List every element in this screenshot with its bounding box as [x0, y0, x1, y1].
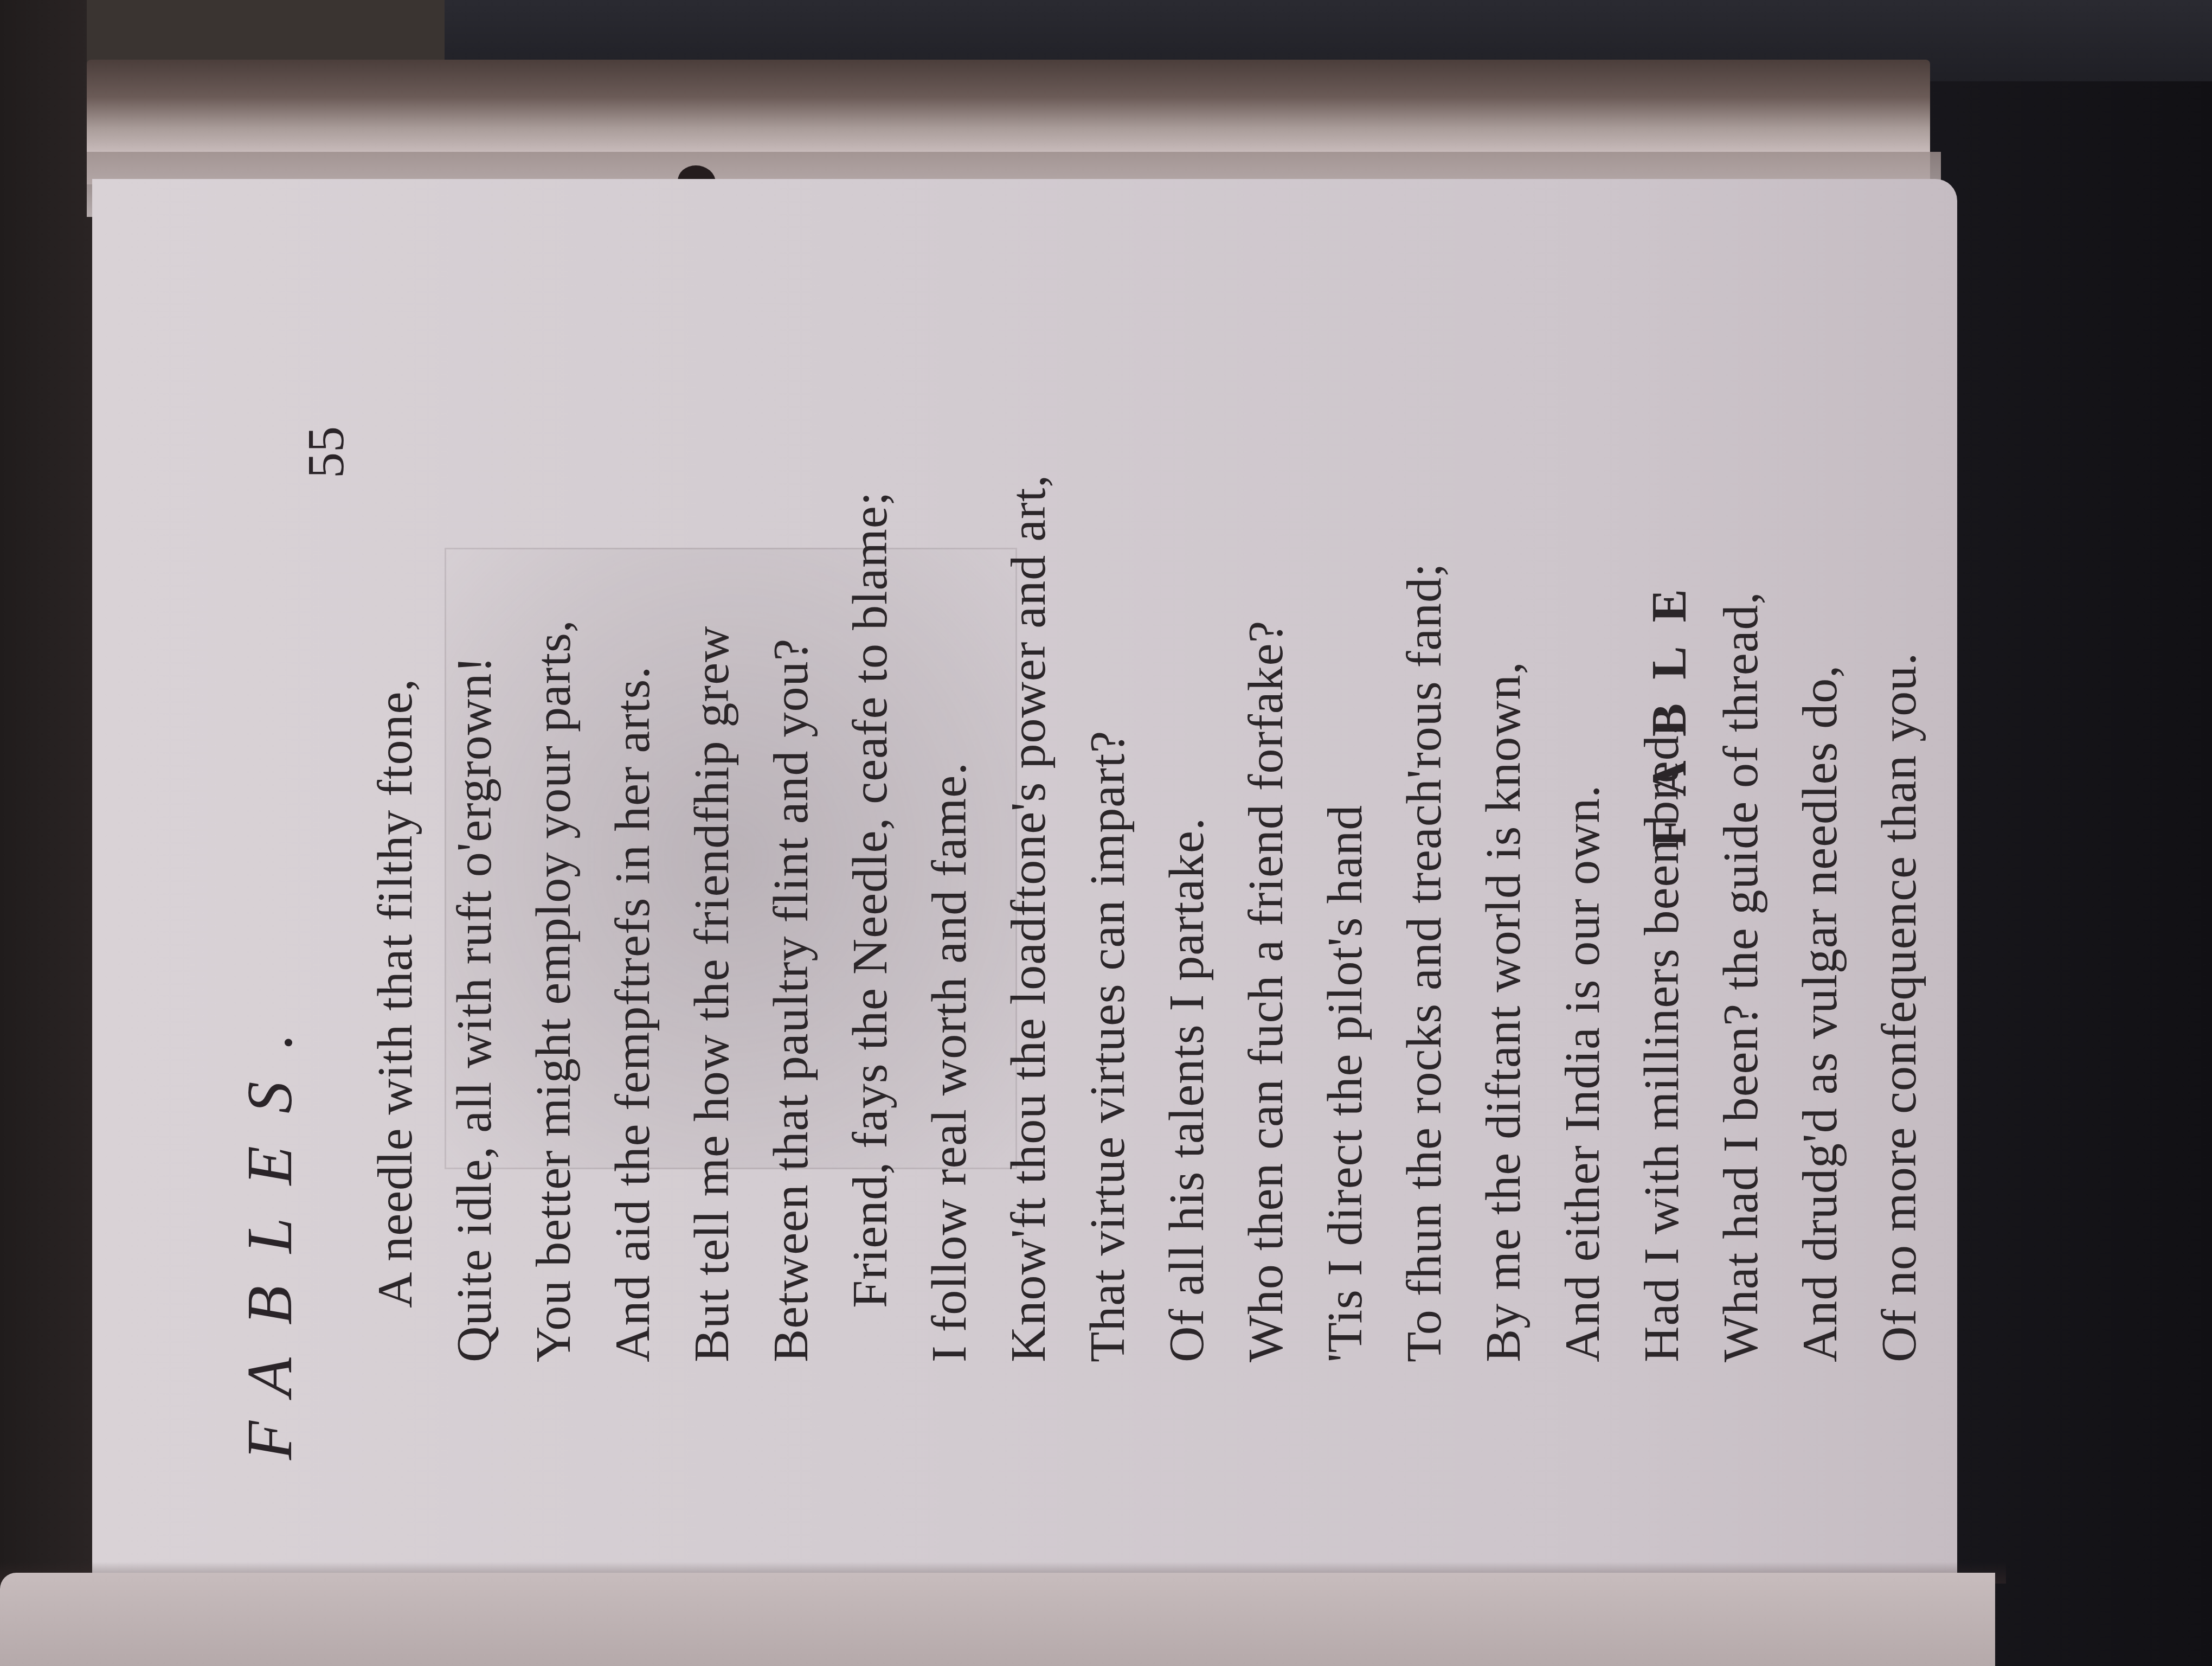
poem-line: And drudg'd as vulgar needles do, — [1780, 115, 1859, 1362]
poem-line: Between that paultry flint and you? — [751, 115, 830, 1362]
poem-line: That virtue virtues can impart? — [1068, 115, 1147, 1362]
poem-line: A needle with that filthy ftone, — [355, 115, 434, 1362]
poem-line: You better might employ your parts, — [513, 115, 593, 1362]
catchword: FABLE — [1640, 565, 1697, 847]
page-number: 55 — [295, 426, 356, 478]
poem-line: Know'ft thou the loadftone's power and a… — [988, 115, 1068, 1362]
poem-line: By me the diftant world is known, — [1463, 115, 1542, 1362]
poem-line: And either India is our own. — [1542, 115, 1622, 1362]
poem-line: Of all his talents I partake. — [1147, 115, 1226, 1362]
poem-line: Of no more confequence than you. — [1859, 115, 1938, 1362]
poem-line: Friend, fays the Needle, ceafe to blame; — [830, 115, 909, 1362]
rotated-text-layer: FABLES. 55 A needle with that filthy fto… — [0, 66, 1876, 1666]
poem-line: Quite idle, all with ruft o'ergrown! — [434, 115, 513, 1362]
poem-line: And aid the fempftrefs in her arts. — [593, 115, 672, 1362]
poem-line: 'Tis I direct the pilot's hand — [1305, 115, 1384, 1362]
poem-line: To fhun the rocks and treach'rous fand; — [1384, 115, 1463, 1362]
poem-line: Who then can fuch a friend forfake? — [1226, 115, 1305, 1362]
poem-line: What had I been? the guide of thread, — [1701, 115, 1780, 1362]
poem-line: But tell me how the friendfhip grew — [672, 115, 751, 1362]
poem-line: I follow real worth and fame. — [909, 115, 988, 1362]
poem-body: A needle with that filthy ftone, Quite i… — [355, 115, 1938, 1362]
